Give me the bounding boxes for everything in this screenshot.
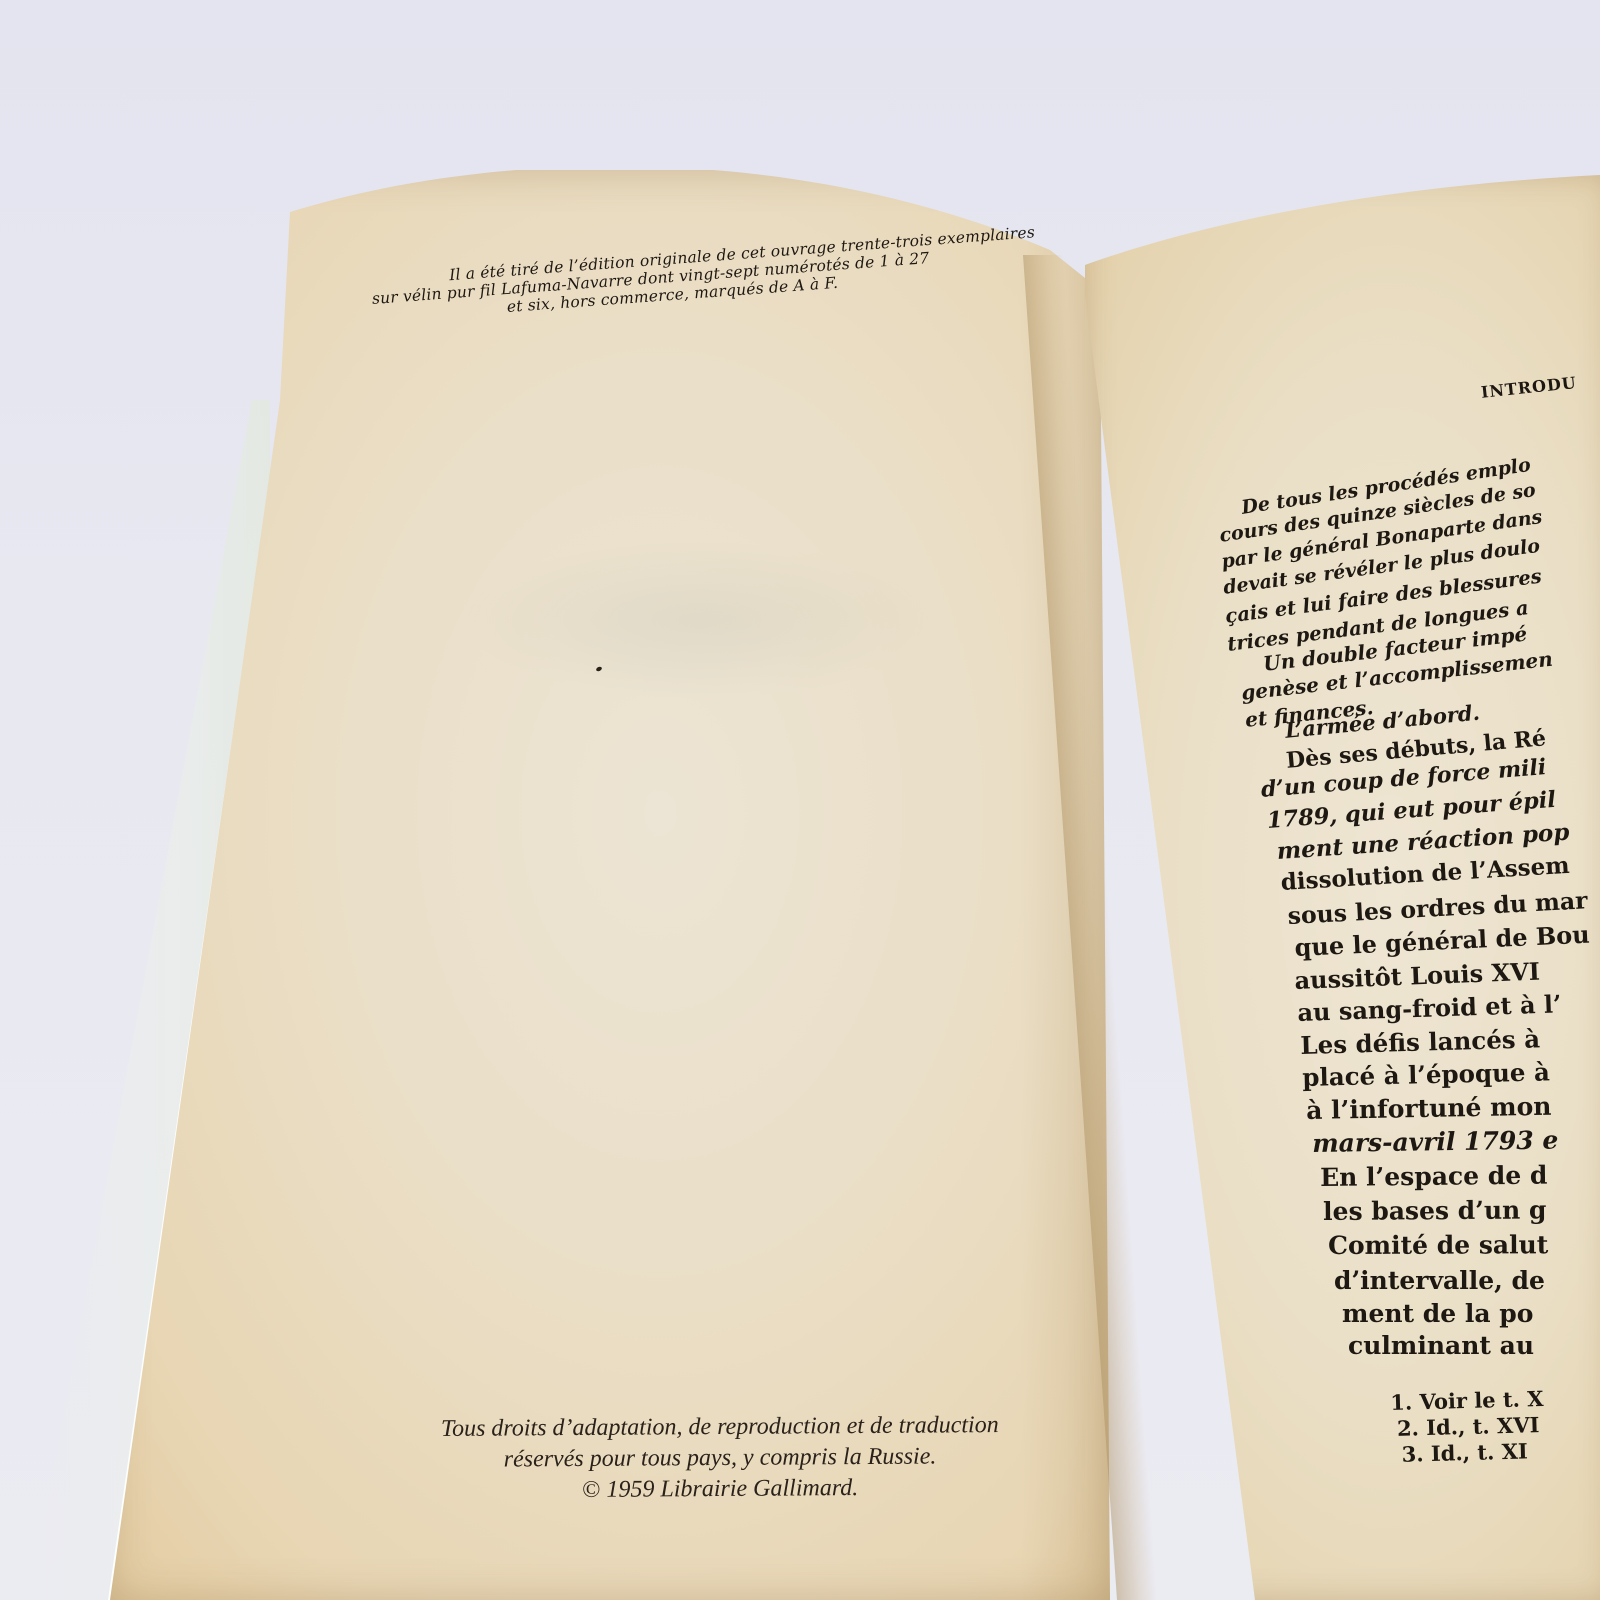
body-line: les bases d’un g	[1323, 1195, 1547, 1226]
footnote-2: 2. Id., t. XVI	[1391, 1412, 1545, 1442]
rights-notice: Tous droits d’adaptation, de reproductio…	[400, 1410, 1041, 1507]
copyright-text: 1959 Librairie Gallimard.	[606, 1475, 858, 1503]
copyright-icon: ©	[582, 1475, 600, 1506]
footnote-1: 1. Voir le t. X	[1390, 1386, 1544, 1416]
copyright-line: ©1959 Librairie Gallimard.	[400, 1472, 1040, 1507]
body-line: culminant au	[1348, 1331, 1534, 1360]
body-line: d’intervalle, de	[1334, 1266, 1545, 1295]
left-page	[110, 170, 1110, 1600]
footnotes: 1. Voir le t. X 2. Id., t. XVI 3. Id., t…	[1390, 1386, 1545, 1468]
rights-line: réservés pour tous pays, y compris la Ru…	[400, 1441, 1040, 1476]
body-line: mars-avril 1793 e	[1312, 1126, 1558, 1158]
body-line: Comité de salut	[1328, 1230, 1548, 1260]
photo-scene: Il a été tiré de l’édition originale de …	[0, 0, 1600, 1600]
body-line: ment de la po	[1342, 1299, 1533, 1328]
body-line: En l’espace de d	[1320, 1161, 1547, 1192]
rights-line: Tous droits d’adaptation, de reproductio…	[400, 1410, 1040, 1445]
bleed-through-shadow	[460, 540, 940, 700]
body-line: à l’infortuné mon	[1306, 1092, 1552, 1125]
body-line: placé à l’époque à	[1302, 1057, 1550, 1092]
footnote-3: 3. Id., t. XI	[1391, 1438, 1545, 1468]
